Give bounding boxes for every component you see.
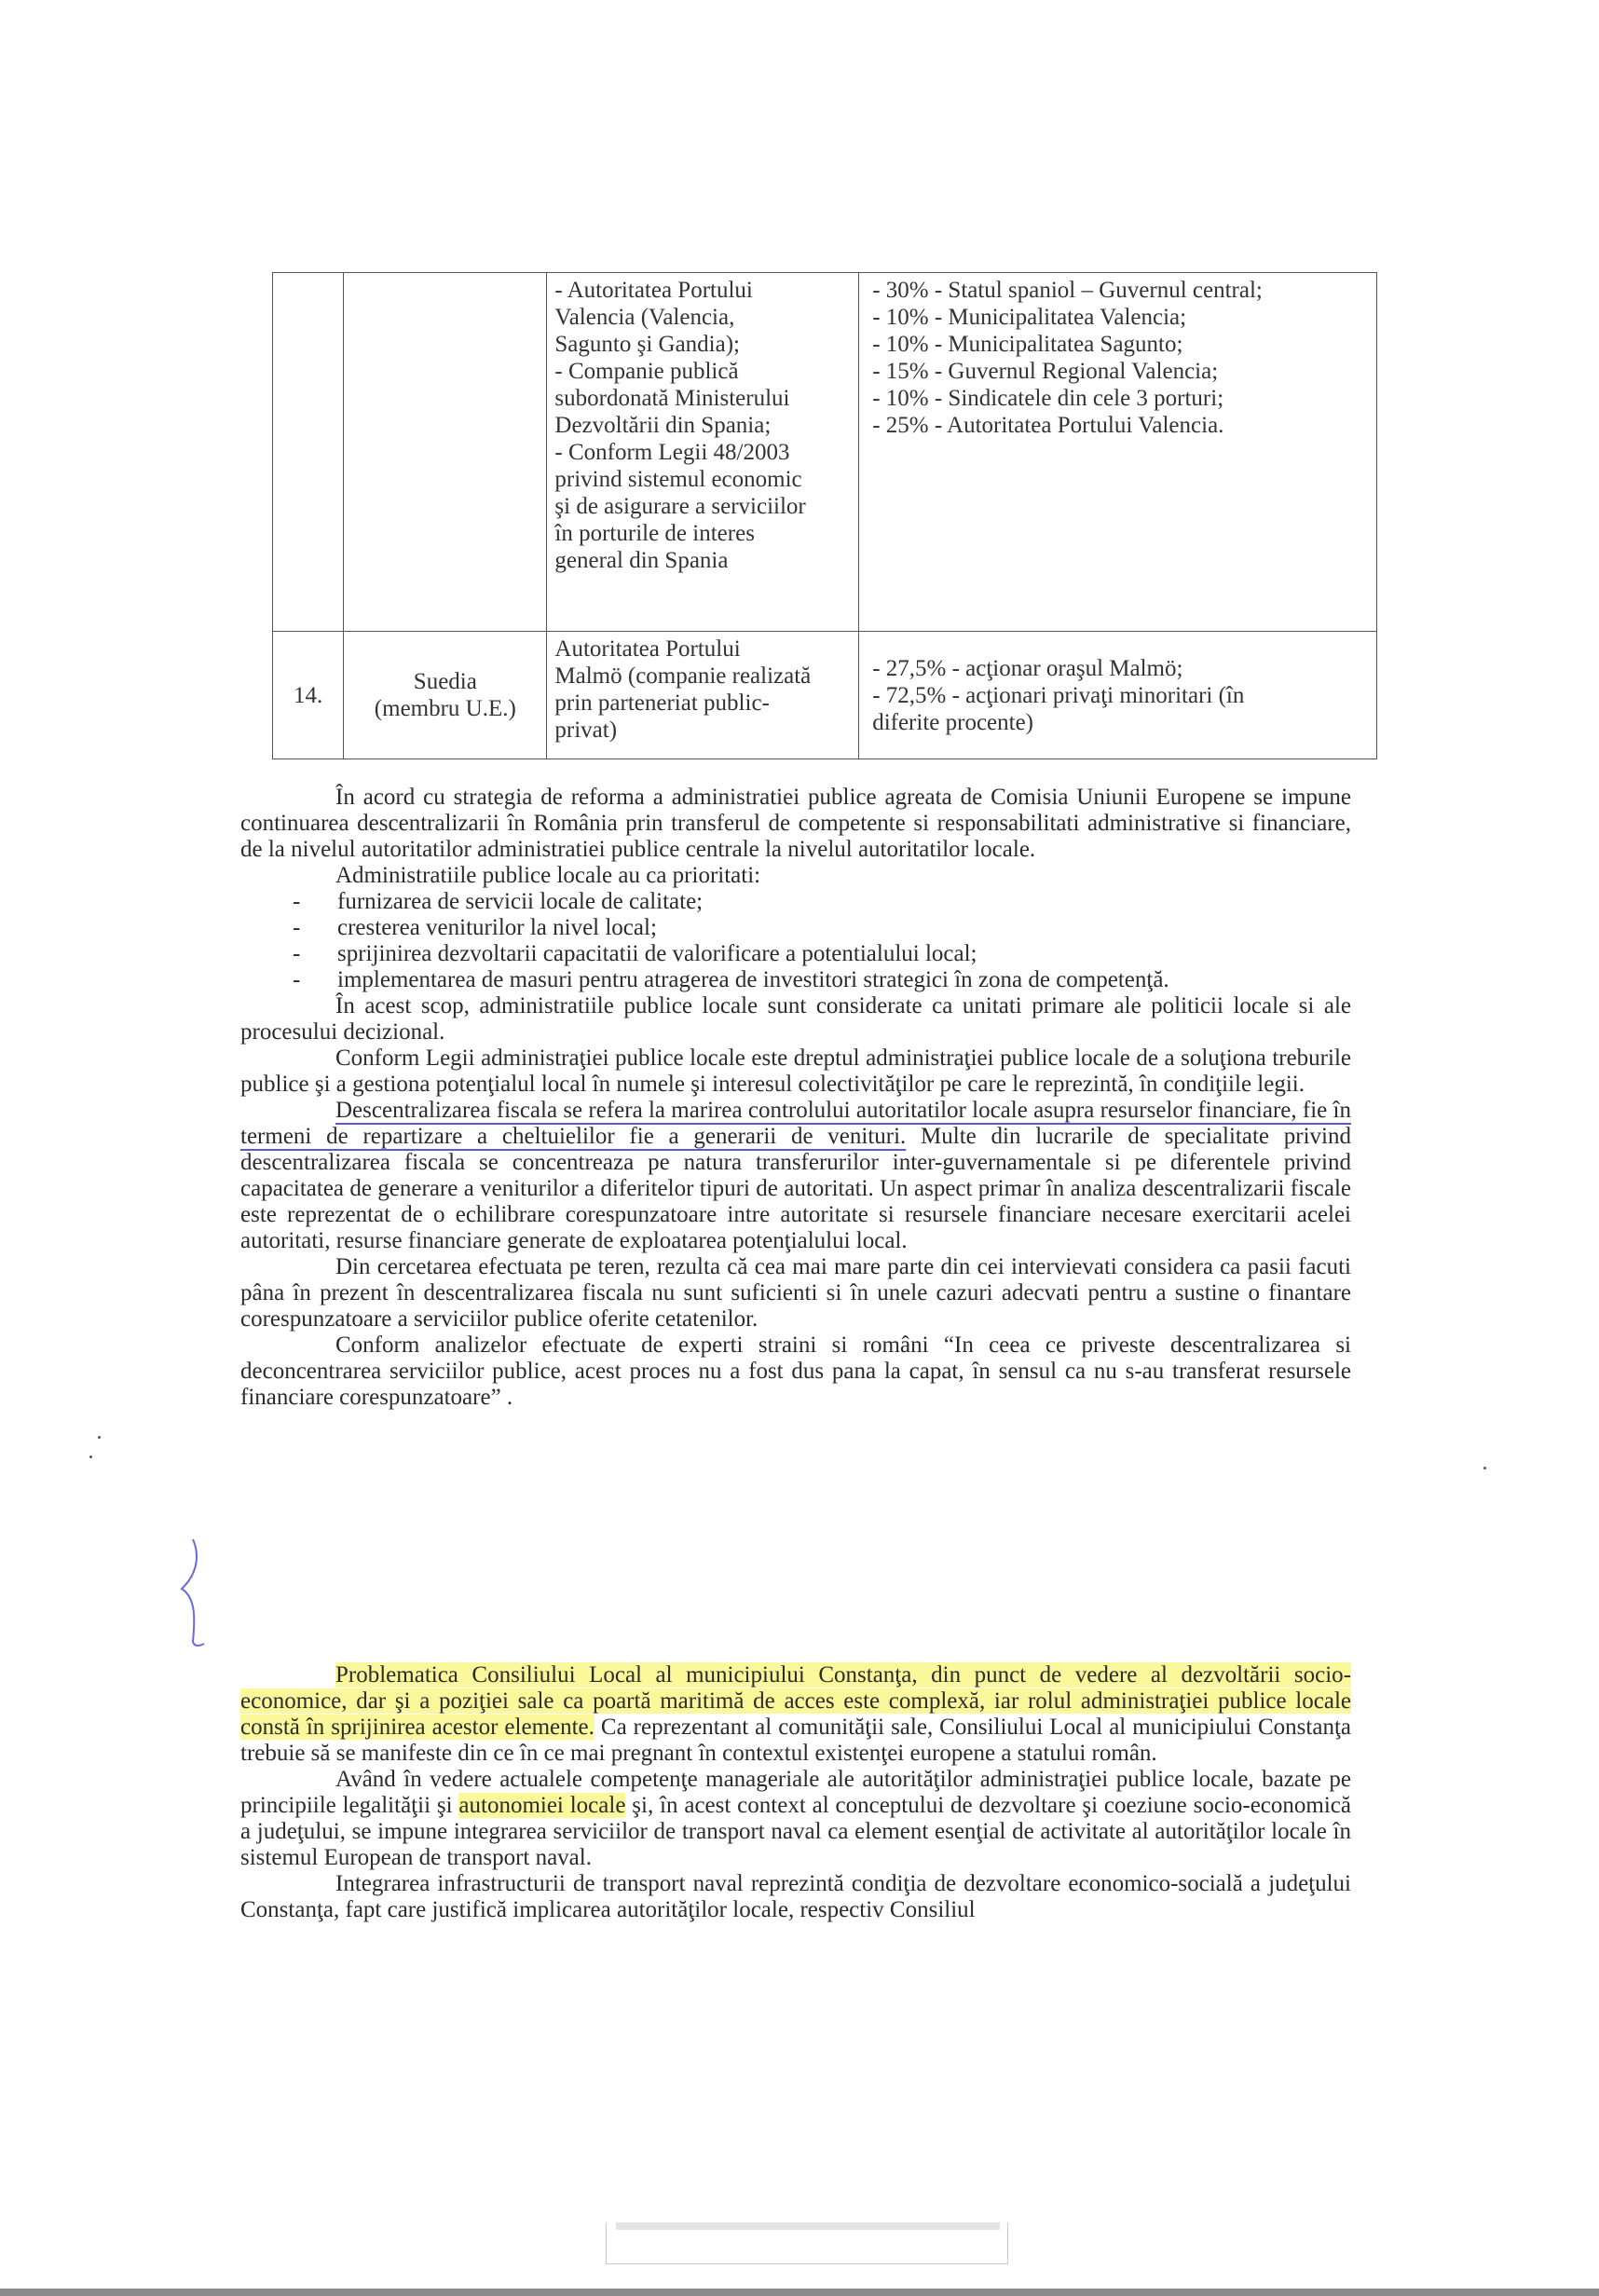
entity-cell: Autoritatea Portului Malmö (companie rea…: [547, 632, 859, 759]
port-authorities-table: - Autoritatea Portului Valencia (Valenci…: [272, 272, 1377, 759]
list-item: -sprijinirea dezvoltarii capacitatii de …: [240, 941, 1351, 967]
paragraph-constanta-council: Problematica Consiliului Local al munici…: [240, 1662, 1351, 1767]
table-row: - Autoritatea Portului Valencia (Valenci…: [273, 273, 1377, 632]
body-text-block-2: Problematica Consiliului Local al munici…: [240, 1662, 1351, 1923]
scanned-page: - Autoritatea Portului Valencia (Valenci…: [0, 0, 1599, 2296]
scan-bottom-edge: [0, 2289, 1599, 2296]
row-number-cell: 14.: [273, 632, 344, 759]
paragraph-fiscal-decentralization: Descentralizarea fiscala se refera la ma…: [240, 1098, 1351, 1254]
priorities-list: -furnizarea de servicii locale de calita…: [240, 889, 1351, 993]
list-item: -furnizarea de servicii locale de calita…: [240, 889, 1351, 915]
highlighted-text: autonomiei locale: [458, 1793, 625, 1818]
shareholders-cell: - 30% - Statul spaniol – Guvernul centra…: [859, 273, 1377, 632]
list-item: -implementarea de masuri pentru atragere…: [240, 967, 1351, 993]
row-number-cell: [273, 273, 344, 632]
paragraph-naval-infrastructure: Integrarea infrastructurii de transport …: [240, 1871, 1351, 1923]
body-text-block-1: În acord cu strategia de reforma a admin…: [240, 785, 1351, 1411]
paragraph-law: Conform Legii administraţiei publice loc…: [240, 1045, 1351, 1098]
scan-speck: [1483, 1467, 1486, 1469]
paragraph-field-research: Din cercetarea efectuata pe teren, rezul…: [240, 1254, 1351, 1332]
entity-cell: - Autoritatea Portului Valencia (Valenci…: [547, 273, 859, 632]
country-cell: [344, 273, 547, 632]
shareholders-cell: - 27,5% - acţionar oraşul Malmö; - 72,5%…: [859, 632, 1377, 759]
scan-speck: [89, 1455, 92, 1458]
scan-speck: [98, 1436, 101, 1439]
pen-brace-annotation-icon: [172, 1537, 210, 1649]
paragraph-decentralization-reform: În acord cu strategia de reforma a admin…: [240, 785, 1351, 863]
footer-shade-bar: [616, 2222, 1000, 2230]
paragraph-priorities-intro: Administratiile publice locale au ca pri…: [240, 863, 1351, 889]
country-cell: Suedia (membru U.E.): [344, 632, 547, 759]
paragraph-competences: Având în vedere actualele competenţe man…: [240, 1767, 1351, 1871]
paragraph-expert-analysis: Conform analizelor efectuate de experti …: [240, 1332, 1351, 1411]
paragraph-purpose: În acest scop, administratiile publice l…: [240, 993, 1351, 1045]
page-footer-box: [606, 2222, 1008, 2264]
list-item: -cresterea veniturilor la nivel local;: [240, 915, 1351, 941]
table-row: 14. Suedia (membru U.E.) Autoritatea Por…: [273, 632, 1377, 759]
